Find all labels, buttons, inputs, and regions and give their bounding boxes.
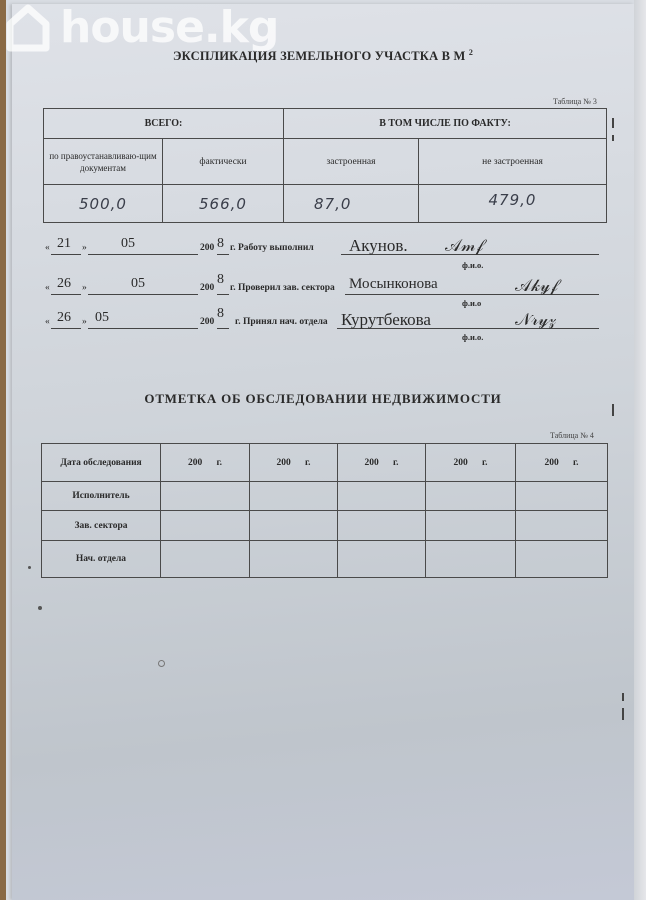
signature-scribble: 𝒜𝓀𝓎𝒻 <box>515 276 558 296</box>
value-legal-docs: 500,0 <box>44 185 163 223</box>
sig-day: 26 <box>57 310 71 326</box>
paper-edge <box>634 0 646 900</box>
signature-line-accepted: « 26 » 05 200 8 г. Принял нач. отдела Ку… <box>45 312 600 332</box>
paper-speck <box>158 660 165 667</box>
cell <box>338 482 426 511</box>
title-superscript: 2 <box>469 48 473 57</box>
date-cell: 200 г. <box>338 444 426 482</box>
col-built: застроенная <box>284 139 419 185</box>
fio-label: ф.и.о. <box>462 260 483 270</box>
sig-name: Мосынконова <box>349 276 438 293</box>
fio-label: ф.и.о. <box>462 332 483 342</box>
header-fact: В ТОМ ЧИСЛЕ ПО ФАКТУ: <box>284 109 607 139</box>
margin-mark <box>622 708 624 720</box>
header-total: ВСЕГО: <box>44 109 284 139</box>
fio-label: ф.и.о <box>462 298 481 308</box>
col-unbuilt: не застроенная <box>419 139 607 185</box>
cell <box>516 511 608 541</box>
row-label-performer: Исполнитель <box>42 482 161 511</box>
cell <box>426 541 516 578</box>
explication-title: ЭКСПЛИКАЦИЯ ЗЕМЕЛЬНОГО УЧАСТКА В М 2 <box>0 48 646 64</box>
sig-year-digit: 8 <box>217 272 224 288</box>
cell <box>426 482 516 511</box>
table-3-label: Таблица № 3 <box>553 97 597 106</box>
cell <box>250 511 338 541</box>
house-icon <box>6 4 50 52</box>
value-actual: 566,0 <box>163 185 284 223</box>
paper-speck <box>28 566 31 569</box>
cell <box>250 482 338 511</box>
col-legal-docs: по правоустанавливаю-щим документам <box>44 139 163 185</box>
sig-year-prefix: 200 <box>200 317 214 327</box>
row-label-sector-head: Зав. сектора <box>42 511 161 541</box>
watermark-text: house.kg <box>60 2 278 53</box>
paper-speck <box>38 606 42 610</box>
margin-mark <box>612 118 614 128</box>
signature-scribble: 𝒜𝓂𝒻 <box>445 236 483 256</box>
cell <box>426 511 516 541</box>
inspection-table: Дата обследования 200 г. 200 г. 200 г. 2… <box>41 443 608 578</box>
sig-label: г. Проверил зав. сектора <box>230 283 335 293</box>
sig-day: 21 <box>57 236 71 252</box>
cell <box>338 511 426 541</box>
date-cell: 200 г. <box>250 444 338 482</box>
sig-day: 26 <box>57 276 71 292</box>
date-cell: 200 г. <box>426 444 516 482</box>
inspection-title: ОТМЕТКА ОБ ОБСЛЕДОВАНИИ НЕДВИЖИМОСТИ <box>0 391 646 407</box>
explication-table: ВСЕГО: В ТОМ ЧИСЛЕ ПО ФАКТУ: по правоуст… <box>43 108 607 223</box>
sig-year-prefix: 200 <box>200 283 214 293</box>
date-label: Дата обследования <box>42 444 161 482</box>
cell <box>161 541 250 578</box>
sig-year-prefix: 200 <box>200 243 214 253</box>
cell <box>516 541 608 578</box>
value-built: 87,0 <box>284 185 419 223</box>
cell <box>250 541 338 578</box>
watermark: house.kg <box>6 2 278 53</box>
cell <box>161 482 250 511</box>
date-cell: 200 г. <box>161 444 250 482</box>
cell <box>338 541 426 578</box>
cell <box>516 482 608 511</box>
sig-month: 05 <box>95 310 109 326</box>
margin-mark <box>612 135 614 141</box>
col-actual: фактически <box>163 139 284 185</box>
sig-month: 05 <box>131 276 145 292</box>
sig-year-digit: 8 <box>217 306 224 322</box>
signature-scribble: 𝒩𝓇𝓎𝓏 <box>515 310 556 330</box>
row-label-dept-head: Нач. отдела <box>42 541 161 578</box>
signature-line-checked: « 26 » 05 200 8 г. Проверил зав. сектора… <box>45 278 600 298</box>
explication-title-text: ЭКСПЛИКАЦИЯ ЗЕМЕЛЬНОГО УЧАСТКА В М <box>173 49 466 63</box>
sig-name: Курутбекова <box>341 310 431 330</box>
table-4-label: Таблица № 4 <box>550 431 594 440</box>
sig-month: 05 <box>121 236 135 252</box>
value-unbuilt: 479,0 <box>419 185 607 223</box>
margin-mark <box>622 693 624 701</box>
date-cell: 200 г. <box>516 444 608 482</box>
sig-label: г. Работу выполнил <box>230 243 314 253</box>
sig-name: Акунов. <box>349 236 408 256</box>
sig-label: г. Принял нач. отдела <box>235 317 328 327</box>
sig-year-digit: 8 <box>217 236 224 252</box>
cell <box>161 511 250 541</box>
margin-mark <box>612 404 614 416</box>
signature-line-performed: « 21 » 05 200 8 г. Работу выполнил Акуно… <box>45 238 600 258</box>
